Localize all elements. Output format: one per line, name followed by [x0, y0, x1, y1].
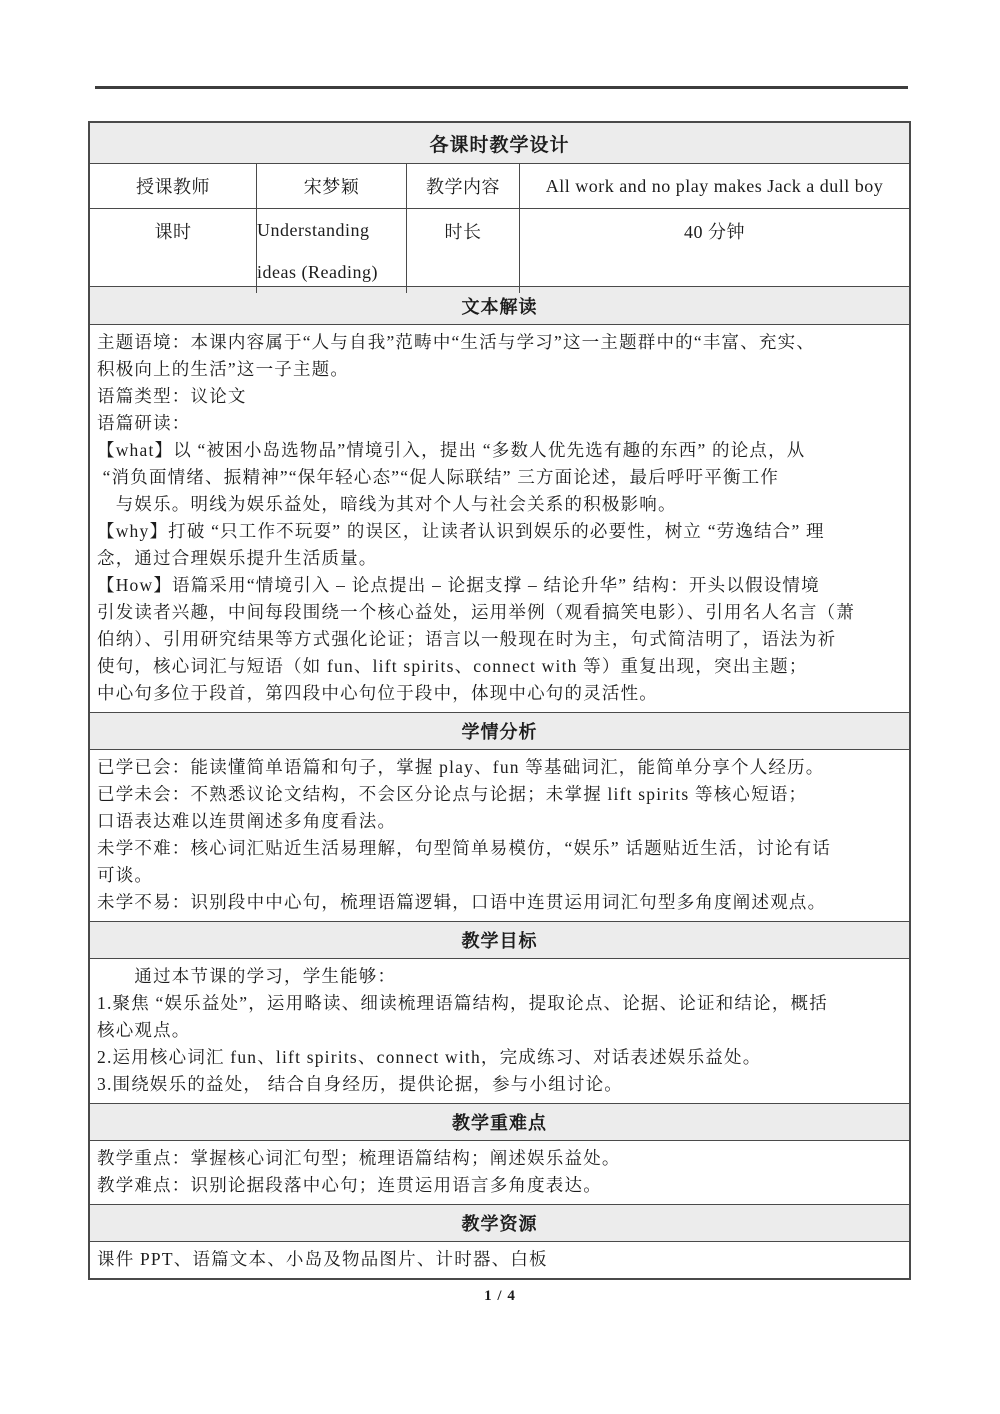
period-value-line1: Understanding	[257, 209, 369, 251]
lesson-plan-table: 各课时教学设计 授课教师 宋梦颖 教学内容 All work and no pl…	[88, 121, 911, 1280]
text-line: 通过本节课的学习，学生能够：	[97, 963, 902, 990]
text-line: 教学难点：识别论据段落中心句；连贯运用语言多角度表达。	[97, 1172, 902, 1199]
text-line: 【How】语篇采用“情境引入 – 论点提出 – 论据支撑 – 结论升华” 结构：…	[97, 572, 902, 599]
text-line: 使句，核心词汇与短语（如 fun、lift spirits、connect wi…	[97, 653, 902, 680]
section-heading-teaching-objectives: 教学目标	[90, 921, 909, 959]
table-title: 各课时教学设计	[90, 123, 909, 164]
text-line: 念，通过合理娱乐提升生活质量。	[97, 545, 902, 572]
footer-page-number: 1 / 4	[0, 1288, 1000, 1305]
text-line: 3.围绕娱乐的益处， 结合自身经历，提供论据，参与小组讨论。	[97, 1071, 902, 1098]
text-line: 已学未会：不熟悉议论文结构，不会区分论点与论据；未掌握 lift spirits…	[97, 781, 902, 808]
section-body-text-analysis: 主题语境：本课内容属于“人与自我”范畴中“生活与学习”这一主题群中的“丰富、充实…	[90, 325, 909, 712]
section-body-teaching-resources: 课件 PPT、语篇文本、小岛及物品图片、计时器、白板	[90, 1242, 909, 1278]
period-value-cell: Understanding ideas (Reading)	[257, 209, 407, 293]
text-line: 口语表达难以连贯阐述多角度看法。	[97, 808, 902, 835]
section-body-key-difficult-points: 教学重点：掌握核心词汇句型；梳理语篇结构；阐述娱乐益处。教学难点：识别论据段落中…	[90, 1141, 909, 1204]
text-line: 语篇类型：议论文	[97, 383, 902, 410]
text-line: 【why】打破 “只工作不玩耍” 的误区，让读者认识到娱乐的必要性，树立 “劳逸…	[97, 518, 902, 545]
section-heading-learner-analysis: 学情分析	[90, 712, 909, 750]
text-line: 引发读者兴趣，中间每段围绕一个核心益处，运用举例（观看搞笑电影）、引用名人名言（…	[97, 599, 902, 626]
text-line: 语篇研读：	[97, 410, 902, 437]
text-line: 中心句多位于段首，第四段中心句位于段中，体现中心句的灵活性。	[97, 680, 902, 707]
text-line: 教学重点：掌握核心词汇句型；梳理语篇结构；阐述娱乐益处。	[97, 1145, 902, 1172]
text-line: 可谈。	[97, 862, 902, 889]
info-row-teacher: 授课教师 宋梦颖 教学内容 All work and no play makes…	[90, 164, 909, 209]
section-body-learner-analysis: 已学已会：能读懂简单语篇和句子，掌握 play、fun 等基础词汇，能简单分享个…	[90, 750, 909, 921]
text-line: 未学不难：核心词汇贴近生活易理解，句型简单易模仿，“娱乐” 话题贴近生活，讨论有…	[97, 835, 902, 862]
info-row-period: 课时 Understanding ideas (Reading) 时长 40 分…	[90, 209, 909, 287]
duration-value-cell: 40 分钟	[520, 209, 909, 293]
text-line: 【what】以 “被困小岛选物品”情境引入，提出 “多数人优先选有趣的东西” 的…	[97, 437, 902, 464]
page-header-rule	[95, 86, 908, 89]
teacher-value-cell: 宋梦颖	[257, 164, 407, 208]
content-value-cell: All work and no play makes Jack a dull b…	[520, 164, 909, 208]
text-line: 与娱乐。明线为娱乐益处，暗线为其对个人与社会关系的积极影响。	[97, 491, 902, 518]
text-line: “消负面情绪、振精神”“保年轻心态”“促人际联结” 三方面论述，最后呼吁平衡工作	[97, 464, 902, 491]
section-heading-key-difficult-points: 教学重难点	[90, 1103, 909, 1141]
teacher-label-cell: 授课教师	[90, 164, 257, 208]
content-label-cell: 教学内容	[407, 164, 520, 208]
period-value-line2: ideas (Reading)	[257, 251, 378, 293]
text-line: 未学不易：识别段中中心句，梳理语篇逻辑，口语中连贯运用词汇句型多角度阐述观点。	[97, 889, 902, 916]
section-heading-teaching-resources: 教学资源	[90, 1204, 909, 1242]
text-line: 2.运用核心词汇 fun、lift spirits、connect with，完…	[97, 1044, 902, 1071]
text-line: 课件 PPT、语篇文本、小岛及物品图片、计时器、白板	[97, 1246, 902, 1273]
period-label-cell: 课时	[90, 209, 257, 293]
text-line: 核心观点。	[97, 1017, 902, 1044]
text-line: 主题语境：本课内容属于“人与自我”范畴中“生活与学习”这一主题群中的“丰富、充实…	[97, 329, 902, 356]
text-line: 积极向上的生活”这一子主题。	[97, 356, 902, 383]
text-line: 已学已会：能读懂简单语篇和句子，掌握 play、fun 等基础词汇，能简单分享个…	[97, 754, 902, 781]
duration-label-cell: 时长	[407, 209, 520, 293]
section-body-teaching-objectives: 通过本节课的学习，学生能够：1.聚焦 “娱乐益处”，运用略读、细读梳理语篇结构，…	[90, 959, 909, 1103]
text-line: 伯纳）、引用研究结果等方式强化论证；语言以一般现在时为主，句式简洁明了，语法为祈	[97, 626, 902, 653]
text-line: 1.聚焦 “娱乐益处”，运用略读、细读梳理语篇结构，提取论点、论据、论证和结论，…	[97, 990, 902, 1017]
